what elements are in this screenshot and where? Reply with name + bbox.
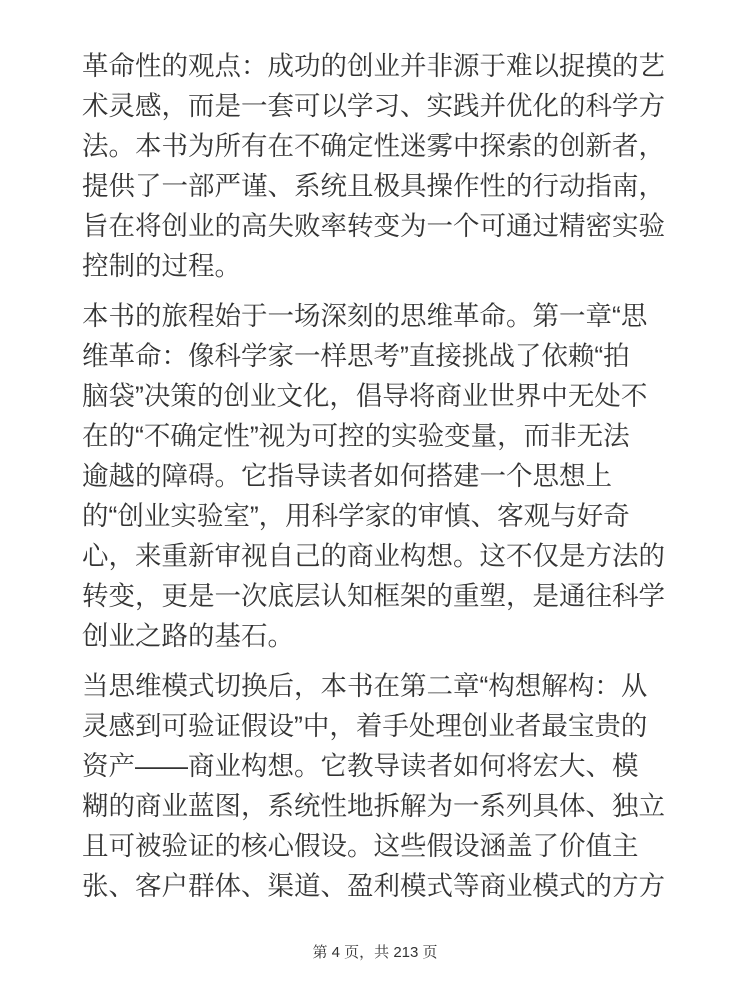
- text-line: 创业之路的基石。: [82, 616, 678, 656]
- text-line: 糊的商业蓝图，系统性地拆解为一系列具体、独立: [82, 786, 678, 826]
- text-line: 法。本书为所有在不确定性迷雾中探索的创新者，: [82, 126, 678, 166]
- text-line: 控制的过程。: [82, 246, 678, 286]
- text-line: 在的“不确定性”视为可控的实验变量，而非无法: [82, 416, 678, 456]
- page-indicator: 第 4 页，共 213 页: [312, 944, 437, 961]
- text-line: 的“创业实验室”，用科学家的审慎、客观与好奇: [82, 496, 678, 536]
- text-line: 且可被验证的核心假设。这些假设涵盖了价值主: [82, 826, 678, 866]
- document-text: 革命性的观点：成功的创业并非源于难以捉摸的艺术灵感，而是一套可以学习、实践并优化…: [82, 46, 678, 916]
- text-line: 术灵感，而是一套可以学习、实践并优化的科学方: [82, 86, 678, 126]
- text-line: 旨在将创业的高失败率转变为一个可通过精密实验: [82, 206, 678, 246]
- text-line: 灵感到可验证假设”中，着手处理创业者最宝贵的: [82, 706, 678, 746]
- paragraph: 当思维模式切换后，本书在第二章“构想解构：从灵感到可验证假设”中，着手处理创业者…: [82, 666, 678, 906]
- text-line: 脑袋”决策的创业文化，倡导将商业世界中无处不: [82, 376, 678, 416]
- text-line: 提供了一部严谨、系统且极具操作性的行动指南，: [82, 166, 678, 206]
- text-line: 逾越的障碍。它指导读者如何搭建一个思想上: [82, 456, 678, 496]
- text-line: 心，来重新审视自己的商业构想。这不仅是方法的: [82, 536, 678, 576]
- document-page: 革命性的观点：成功的创业并非源于难以捉摸的艺术灵感，而是一套可以学习、实践并优化…: [0, 0, 750, 1000]
- text-line: 转变，更是一次底层认知框架的重塑，是通往科学: [82, 576, 678, 616]
- text-line: 资产——商业构想。它教导读者如何将宏大、模: [82, 746, 678, 786]
- page-footer: 第 4 页，共 213 页: [0, 942, 750, 964]
- text-line: 当思维模式切换后，本书在第二章“构想解构：从: [82, 666, 678, 706]
- paragraph: 革命性的观点：成功的创业并非源于难以捉摸的艺术灵感，而是一套可以学习、实践并优化…: [82, 46, 678, 286]
- text-line: 革命性的观点：成功的创业并非源于难以捉摸的艺: [82, 46, 678, 86]
- paragraph: 本书的旅程始于一场深刻的思维革命。第一章“思维革命：像科学家一样思考”直接挑战了…: [82, 296, 678, 656]
- text-line: 张、客户群体、渠道、盈利模式等商业模式的方方: [82, 866, 678, 906]
- text-line: 维革命：像科学家一样思考”直接挑战了依赖“拍: [82, 336, 678, 376]
- text-line: 本书的旅程始于一场深刻的思维革命。第一章“思: [82, 296, 678, 336]
